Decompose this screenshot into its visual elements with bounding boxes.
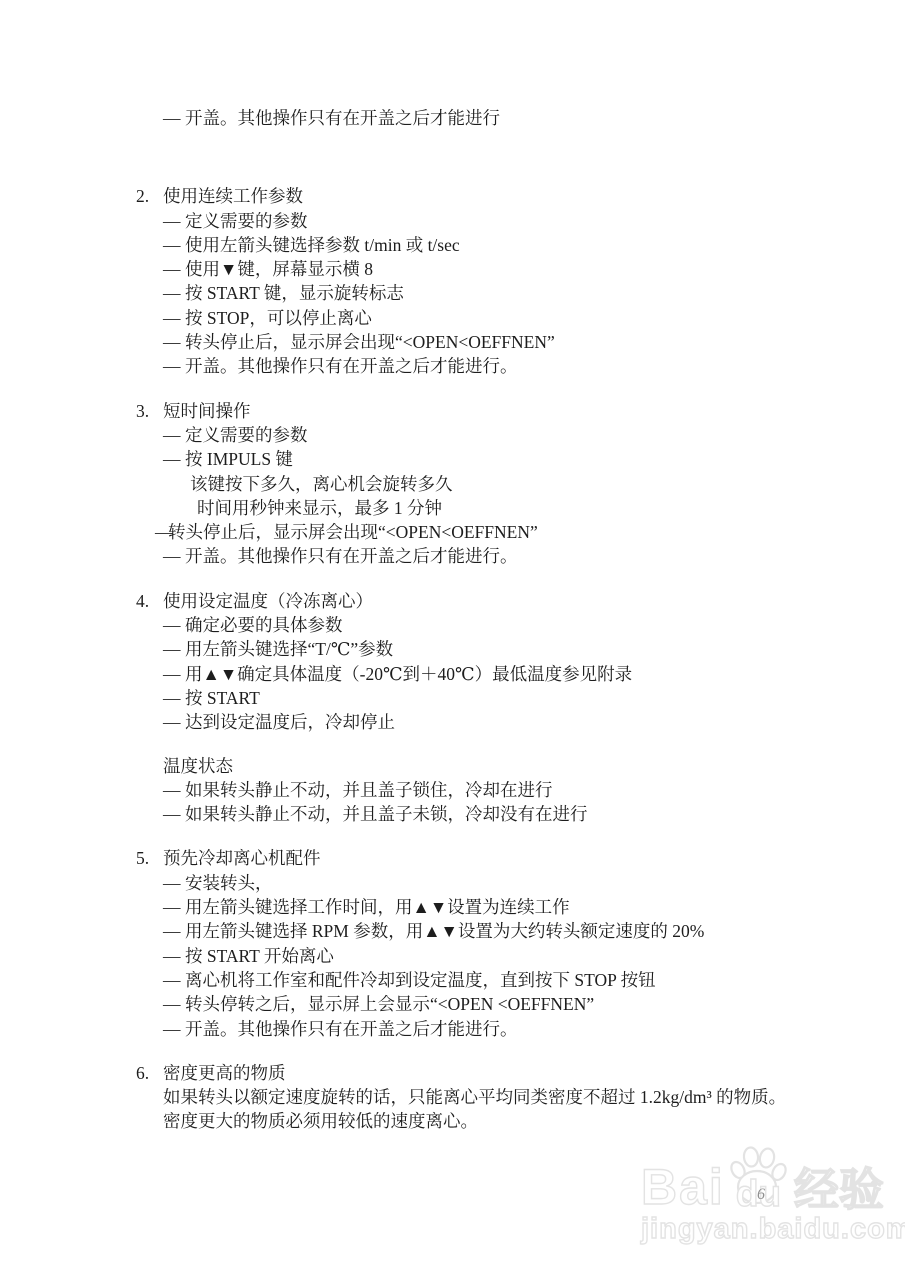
list-item-text: 按 IMPULS 键 — [185, 449, 293, 469]
dash-bullet: — — [163, 613, 185, 637]
list-item-text: 按 STOP，可以停止离心 — [185, 308, 372, 328]
dash-bullet: — — [163, 281, 185, 305]
watermark-jingyan-text: 经验 — [794, 1167, 884, 1212]
section: 2.使用连续工作参数—定义需要的参数—使用左箭头键选择参数 t/min 或 t/… — [0, 184, 905, 378]
list-item: —定义需要的参数 — [163, 209, 905, 233]
list-item: —使用▼键，屏幕显示横 8 — [163, 257, 905, 281]
list-item: —开盖。其他操作只有在开盖之后才能进行。 — [163, 544, 905, 568]
section-number: 4. — [136, 589, 163, 613]
dash-bullet: — — [163, 1017, 185, 1041]
list-item: —离心机将工作室和配件冷却到设定温度，直到按下 STOP 按钮 — [163, 968, 905, 992]
list-item: —转头停止后，显示屏会出现“<OPEN<OEFFNEN” — [155, 520, 905, 544]
section-heading: 5.预先冷却离心机配件 — [0, 846, 905, 870]
dash-bullet: — — [163, 209, 185, 233]
section-title: 使用设定温度（冷冻离心） — [163, 591, 373, 611]
list-item: —安装转头， — [163, 871, 905, 895]
section-number: 6. — [136, 1061, 163, 1085]
list-item: —如果转头静止不动，并且盖子未锁，冷却没有在进行 — [163, 802, 905, 826]
paragraph-line: 如果转头以额定速度旋转的话，只能离心平均同类密度不超过 1.2kg/dm³ 的物… — [163, 1085, 905, 1109]
document-page: —开盖。其他操作只有在开盖之后才能进行 2.使用连续工作参数—定义需要的参数—使… — [0, 0, 905, 1280]
list-item: —转头停转之后，显示屏上会显示“<OPEN <OEFFNEN” — [163, 992, 905, 1016]
section-title: 预先冷却离心机配件 — [163, 848, 321, 868]
list-item: —用▲▼确定具体温度（-20℃到＋40℃）最低温度参见附录 — [163, 662, 905, 686]
dash-bullet: — — [163, 919, 185, 943]
list-item: —按 START 键，显示旋转标志 — [163, 281, 905, 305]
list-item: —开盖。其他操作只有在开盖之后才能进行。 — [163, 354, 905, 378]
list-item-text: 转头停转之后，显示屏上会显示“<OPEN <OEFFNEN” — [185, 994, 594, 1014]
list-item: —用左箭头键选择 RPM 参数，用▲▼设置为大约转头额定速度的 20% — [163, 919, 905, 943]
subheading: 温度状态 — [163, 754, 905, 778]
section-title: 密度更高的物质 — [163, 1063, 286, 1083]
list-item-text: 达到设定温度后，冷却停止 — [185, 712, 395, 732]
list-item: —如果转头静止不动，并且盖子锁住，冷却在进行 — [163, 778, 905, 802]
list-item-text: 如果转头静止不动，并且盖子未锁，冷却没有在进行 — [185, 804, 588, 824]
dash-bullet: — — [163, 330, 185, 354]
section: 4.使用设定温度（冷冻离心）—确定必要的具体参数—用左箭头键选择“T/℃”参数—… — [0, 589, 905, 827]
list-item-text: 定义需要的参数 — [185, 211, 308, 231]
section: 6.密度更高的物质如果转头以额定速度旋转的话，只能离心平均同类密度不超过 1.2… — [0, 1061, 905, 1134]
dash-bullet: — — [163, 662, 185, 686]
section: 3.短时间操作—定义需要的参数—按 IMPULS 键该键按下多久，离心机会旋转多… — [0, 399, 905, 569]
section-heading: 3.短时间操作 — [0, 399, 905, 423]
section-title: 短时间操作 — [163, 401, 251, 421]
baidu-jingyan-watermark: Bai du 经验 jingyan.baidu.com — [641, 1146, 905, 1241]
list-item-text: 用左箭头键选择工作时间，用▲▼设置为连续工作 — [185, 897, 570, 917]
watermark-brand-row: Bai du 经验 — [641, 1146, 905, 1212]
dash-bullet: — — [163, 686, 185, 710]
list-item: —达到设定温度后，冷却停止 — [163, 710, 905, 734]
page-content: —开盖。其他操作只有在开盖之后才能进行 2.使用连续工作参数—定义需要的参数—使… — [0, 0, 905, 1134]
list-item: —按 STOP，可以停止离心 — [163, 306, 905, 330]
dash-bullet: — — [163, 637, 185, 661]
list-item-plain: 时间用秒钟来显示，最多 1 分钟 — [197, 496, 905, 520]
section: 5.预先冷却离心机配件—安装转头，—用左箭头键选择工作时间，用▲▼设置为连续工作… — [0, 846, 905, 1040]
dash-bullet: — — [163, 992, 185, 1016]
list-item-text: 使用▼键，屏幕显示横 8 — [185, 259, 373, 279]
list-item-text: 确定必要的具体参数 — [185, 615, 343, 635]
section-number: 5. — [136, 846, 163, 870]
section-heading: 4.使用设定温度（冷冻离心） — [0, 589, 905, 613]
list-item-text: 转头停止后，显示屏会出现“<OPEN<OEFFNEN” — [168, 522, 538, 542]
list-item: —定义需要的参数 — [163, 423, 905, 447]
sections-container: 2.使用连续工作参数—定义需要的参数—使用左箭头键选择参数 t/min 或 t/… — [0, 184, 905, 1133]
list-item-text: 开盖。其他操作只有在开盖之后才能进行。 — [185, 1019, 518, 1039]
list-item-text: 按 START — [185, 688, 260, 708]
list-item-text: 开盖。其他操作只有在开盖之后才能进行。 — [185, 546, 518, 566]
paragraph-line: 密度更大的物质必须用较低的速度离心。 — [163, 1109, 905, 1133]
section-heading: 2.使用连续工作参数 — [0, 184, 905, 208]
list-item: —用左箭头键选择工作时间，用▲▼设置为连续工作 — [163, 895, 905, 919]
list-item-text: 离心机将工作室和配件冷却到设定温度，直到按下 STOP 按钮 — [185, 970, 656, 990]
list-item-text: 定义需要的参数 — [185, 425, 308, 445]
list-item: —转头停止后，显示屏会出现“<OPEN<OEFFNEN” — [163, 330, 905, 354]
list-item-text: 使用左箭头键选择参数 t/min 或 t/sec — [185, 235, 460, 255]
list-item-text: 转头停止后，显示屏会出现“<OPEN<OEFFNEN” — [185, 332, 555, 352]
watermark-bai-text: Bai — [641, 1162, 725, 1212]
section-number: 2. — [136, 184, 163, 208]
list-item: —按 START 开始离心 — [163, 944, 905, 968]
page-number: 6 — [757, 1183, 765, 1207]
list-item: —开盖。其他操作只有在开盖之后才能进行。 — [163, 1017, 905, 1041]
list-item-text: 如果转头静止不动，并且盖子锁住，冷却在进行 — [185, 780, 553, 800]
list-item-text: 用左箭头键选择 RPM 参数，用▲▼设置为大约转头额定速度的 20% — [185, 921, 704, 941]
list-item-text: 安装转头， — [185, 873, 273, 893]
list-item: —按 START — [163, 686, 905, 710]
list-item-plain: 该键按下多久，离心机会旋转多久 — [190, 472, 905, 496]
dash-bullet: — — [163, 106, 185, 130]
list-item-text: 按 START 开始离心 — [185, 946, 334, 966]
watermark-url-text: jingyan.baidu.com — [641, 1217, 905, 1241]
dash-bullet: — — [163, 233, 185, 257]
dash-bullet: — — [163, 447, 185, 471]
list-item: —用左箭头键选择“T/℃”参数 — [163, 637, 905, 661]
list-item-text: 用▲▼确定具体温度（-20℃到＋40℃）最低温度参见附录 — [185, 664, 632, 684]
list-item-text: 开盖。其他操作只有在开盖之后才能进行 — [185, 108, 500, 128]
dash-bullet: — — [163, 257, 185, 281]
list-item-text: 按 START 键，显示旋转标志 — [185, 283, 404, 303]
dash-bullet: — — [163, 944, 185, 968]
dash-bullet: — — [163, 802, 185, 826]
section-heading: 6.密度更高的物质 — [0, 1061, 905, 1085]
dash-bullet: — — [163, 968, 185, 992]
dash-bullet: — — [163, 778, 185, 802]
section-title: 使用连续工作参数 — [163, 186, 303, 206]
dash-bullet: — — [163, 354, 185, 378]
dash-bullet: — — [163, 423, 185, 447]
dash-bullet: — — [163, 544, 185, 568]
list-item: —开盖。其他操作只有在开盖之后才能进行 — [163, 106, 905, 130]
list-item: —使用左箭头键选择参数 t/min 或 t/sec — [163, 233, 905, 257]
list-item: —按 IMPULS 键 — [163, 447, 905, 471]
section-number: 3. — [136, 399, 163, 423]
dash-bullet: — — [163, 871, 185, 895]
list-item-text: 开盖。其他操作只有在开盖之后才能进行。 — [185, 356, 518, 376]
dash-bullet: — — [155, 520, 168, 544]
dash-bullet: — — [163, 306, 185, 330]
dash-bullet: — — [163, 895, 185, 919]
list-item-text: 用左箭头键选择“T/℃”参数 — [185, 639, 393, 659]
dash-bullet: — — [163, 710, 185, 734]
list-item: —确定必要的具体参数 — [163, 613, 905, 637]
